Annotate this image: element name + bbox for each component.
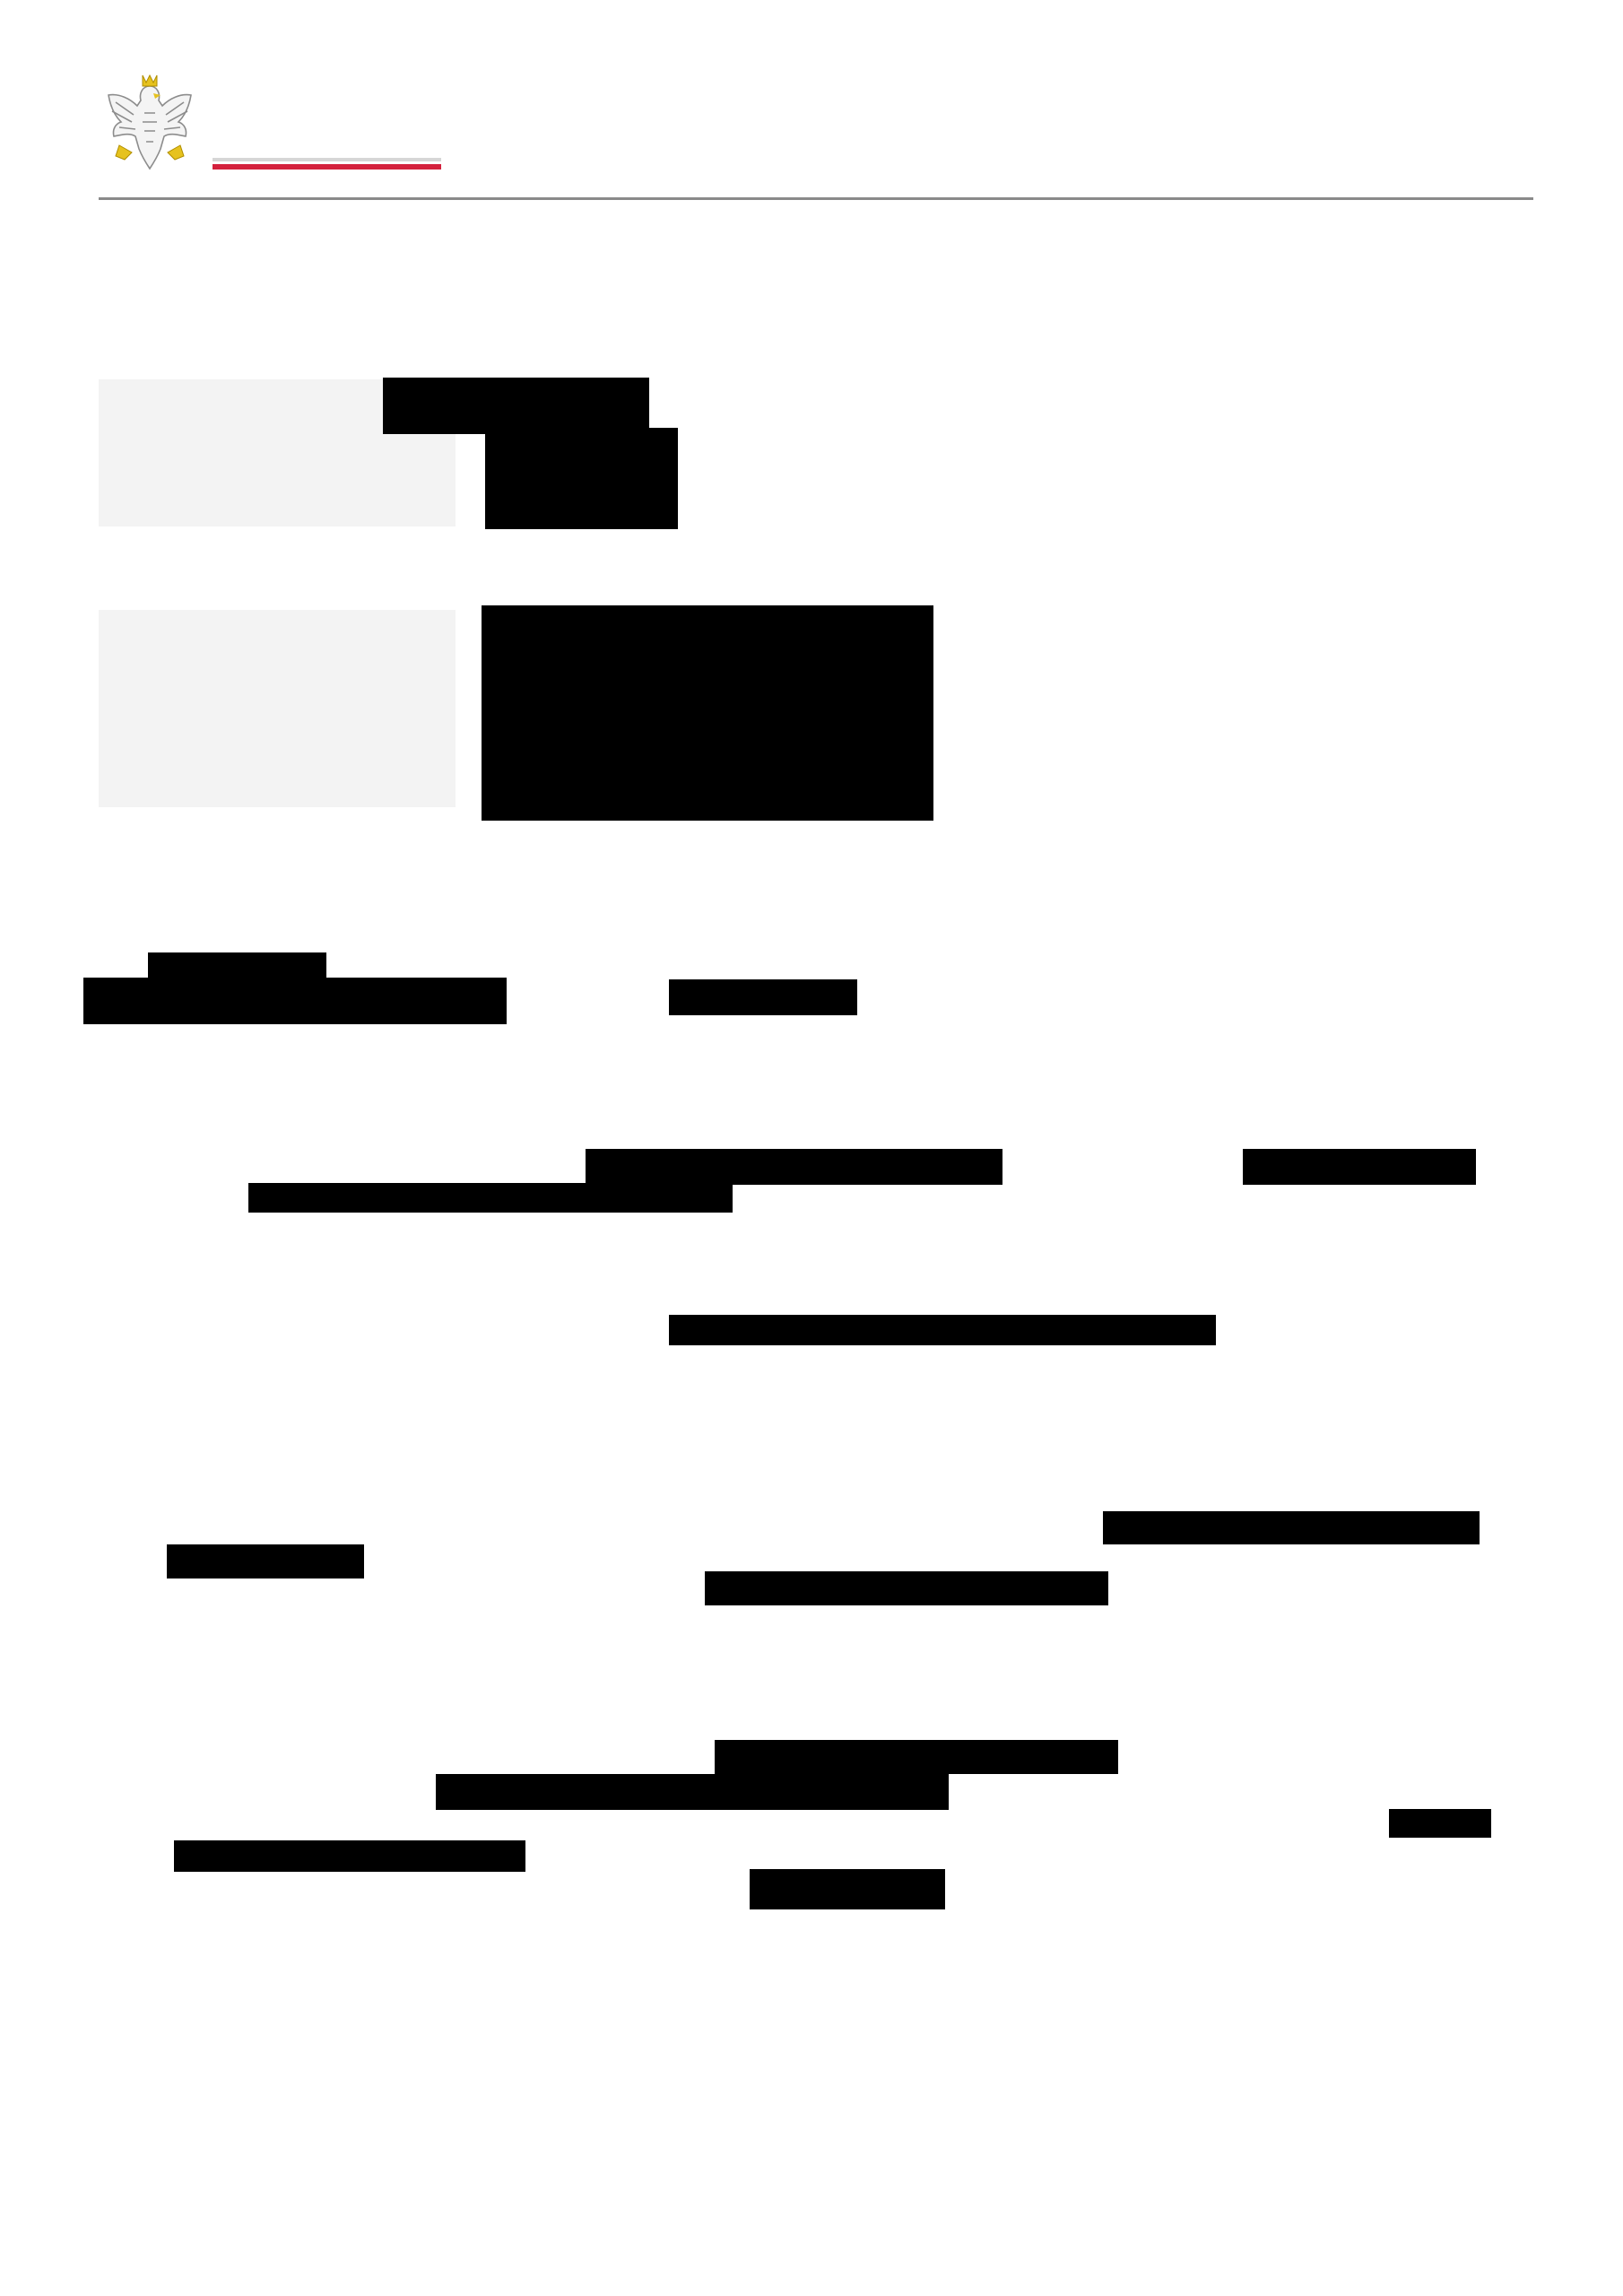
redacted-numer-obwieszczenia-2 — [484, 378, 649, 428]
redacted-item-3-address — [1103, 1511, 1480, 1544]
redacted-item-7-trustee — [715, 1740, 1118, 1774]
redacted-podmiot-values — [482, 605, 933, 821]
redacted-date — [148, 952, 326, 979]
redacted-item-1-debtor — [586, 1149, 1002, 1185]
redacted-item-7-account-cont — [174, 1840, 525, 1872]
redacted-debtor-name — [83, 978, 507, 1024]
redacted-item-2-address — [669, 1315, 1216, 1345]
redacted-sygnatura-data — [485, 428, 678, 529]
redacted-item-1-address — [248, 1183, 733, 1213]
podmiot-labels — [99, 610, 456, 807]
polish-eagle-emblem-icon — [103, 59, 197, 176]
redacted-item-7-amount — [436, 1774, 949, 1810]
redacted-sygnatura-akt — [669, 979, 857, 1015]
flag-bar-red — [213, 164, 441, 170]
header-divider — [99, 197, 1533, 200]
flag-bar-white — [213, 158, 441, 161]
redacted-item-4-trustee — [705, 1571, 1108, 1605]
ministry-logo — [103, 59, 444, 176]
redacted-item-1-residence — [1243, 1149, 1476, 1185]
redacted-item-7-account — [1389, 1809, 1491, 1838]
redacted-item-3-address-cont — [167, 1544, 364, 1578]
redacted-item-8-debtor — [750, 1869, 945, 1909]
